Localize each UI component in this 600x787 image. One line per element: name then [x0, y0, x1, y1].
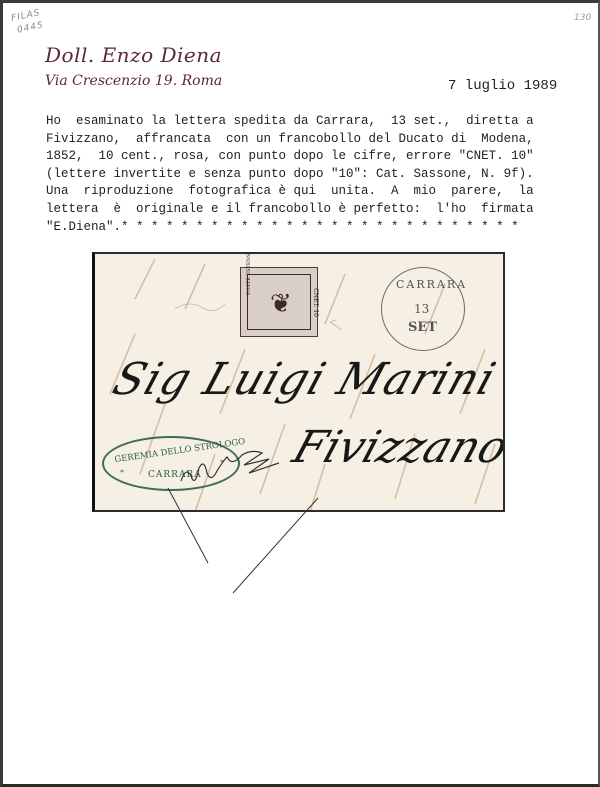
certificate-page: FILAS 0445 130 Doll. Enzo Diena Via Cres… [0, 0, 600, 787]
expert-signature [3, 3, 600, 787]
